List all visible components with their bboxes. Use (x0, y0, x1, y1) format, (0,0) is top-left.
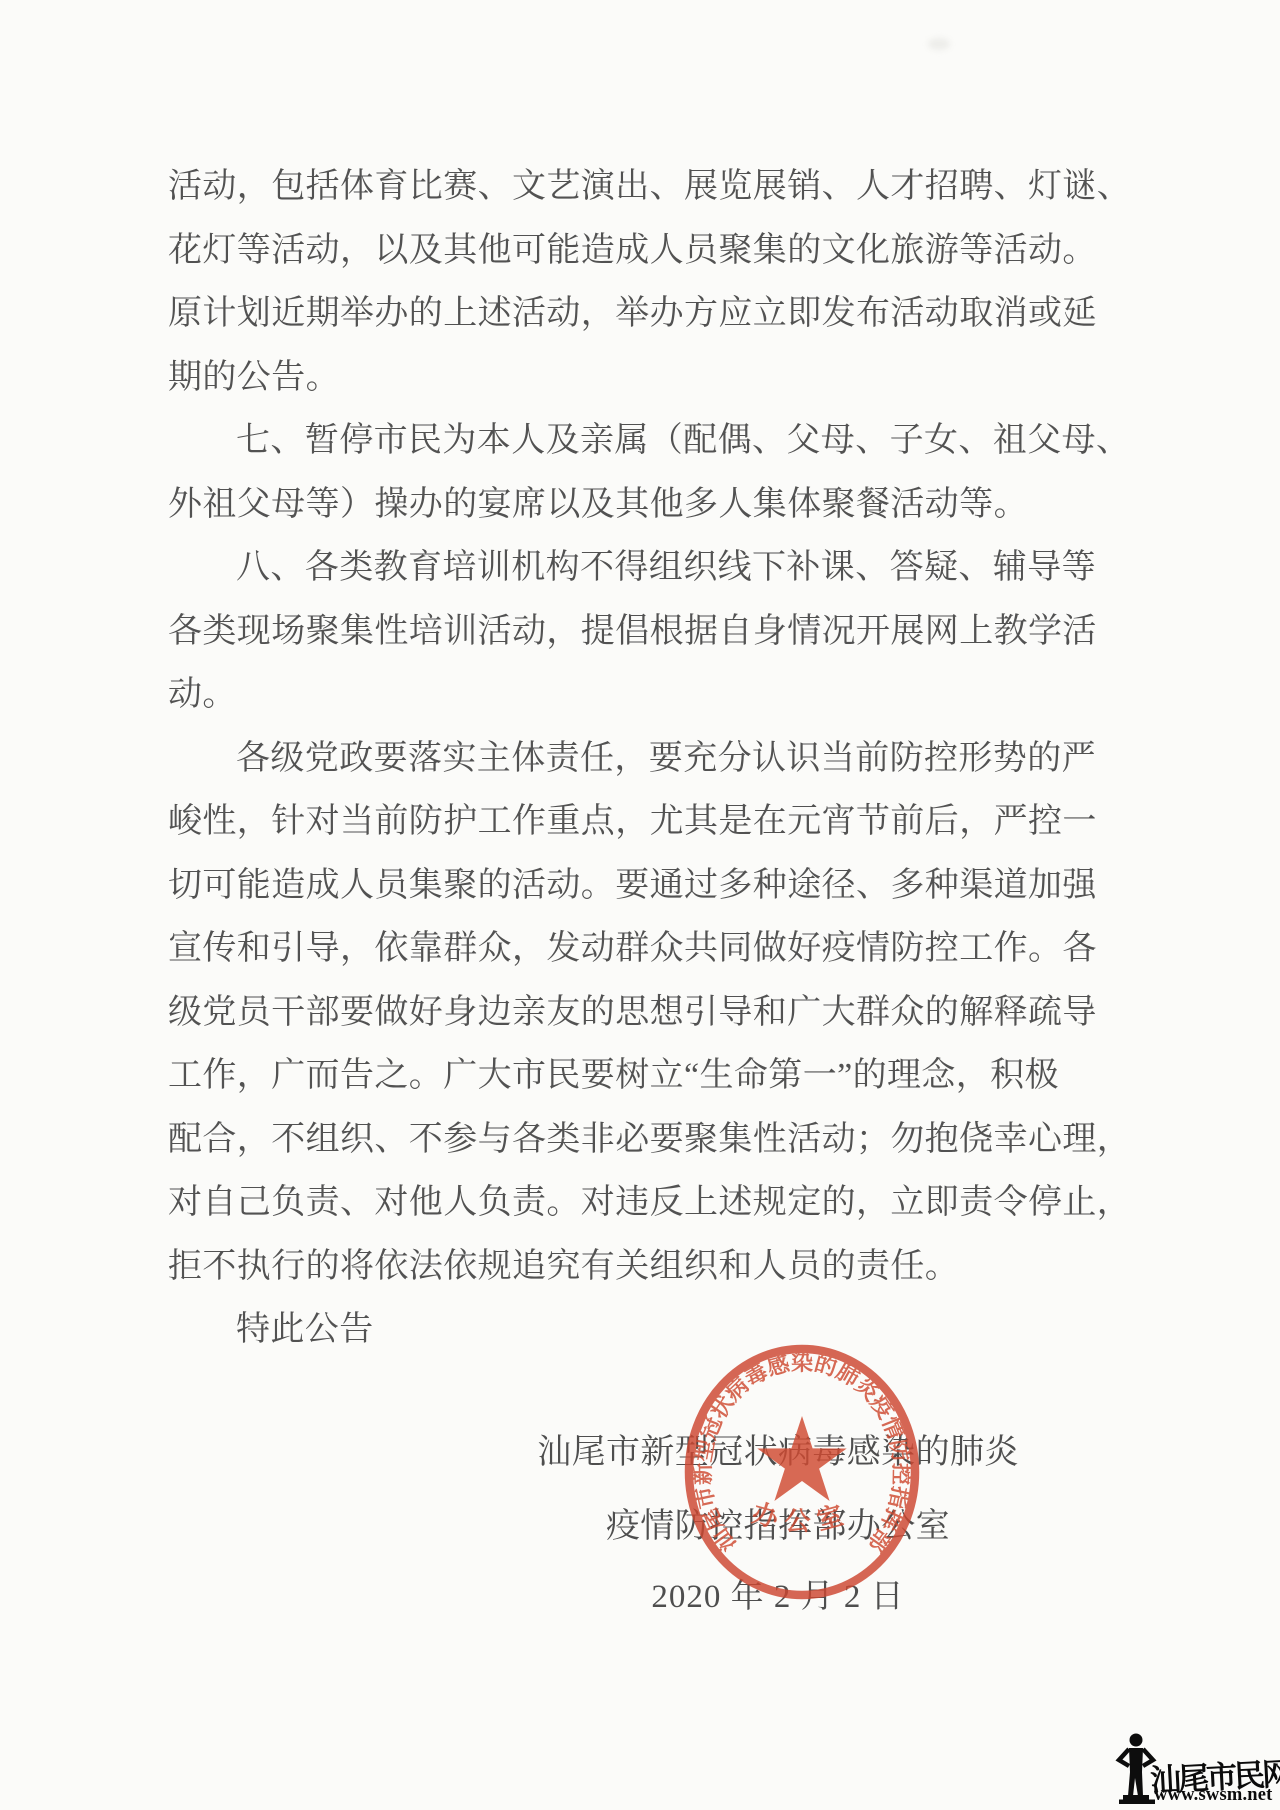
body-line-16: 配合，不组织、不参与各类非必要聚集性活动；勿抱侥幸心理， (168, 1108, 1158, 1172)
body-line-6: 外祖父母等）操办的宴席以及其他多人集体聚餐活动等。 (168, 473, 1158, 537)
watermark-site-url: www.swsm.net (1154, 1785, 1280, 1806)
signature-org-line1: 汕尾市新型冠状病毒感染的肺炎 (418, 1424, 1138, 1473)
body-line-17: 对自己负责、对他人负责。对违反上述规定的，立即责令停止， (168, 1171, 1158, 1235)
site-watermark: 汕尾市民网 www.swsm.net (1112, 1730, 1280, 1808)
body-line-8: 各类现场聚集性培训活动，提倡根据自身情况开展网上教学活 (168, 600, 1158, 664)
body-line-7: 八、各类教育培训机构不得组织线下补课、答疑、辅导等 (168, 536, 1158, 600)
signature-date: 2020 年 2 月 2 日 (418, 1570, 1138, 1617)
body-line-14: 级党员干部要做好身边亲友的思想引导和广大群众的解释疏导 (168, 981, 1158, 1045)
body-line-12: 切可能造成人员集聚的活动。要通过多种途径、多种渠道加强 (168, 854, 1158, 918)
signature-org-line2: 疫情防控指挥部办公室 (418, 1498, 1138, 1547)
body-line-10: 各级党政要落实主体责任，要充分认识当前防控形势的严 (168, 727, 1158, 791)
scanned-announcement-page: 活动，包括体育比赛、文艺演出、展览展销、人才招聘、灯谜、 花灯等活动，以及其他可… (0, 0, 1280, 1810)
body-line-18: 拒不执行的将依法依规追究有关组织和人员的责任。 (168, 1235, 1158, 1299)
body-line-9: 动。 (168, 663, 1158, 727)
body-line-1: 活动，包括体育比赛、文艺演出、展览展销、人才招聘、灯谜、 (168, 155, 1158, 219)
body-line-19: 特此公告 (168, 1298, 1158, 1362)
body-line-3: 原计划近期举办的上述活动，举办方应立即发布活动取消或延 (168, 282, 1158, 346)
body-line-5: 七、暂停市民为本人及亲属（配偶、父母、子女、祖父母、 (168, 409, 1158, 473)
body-line-11: 峻性，针对当前防护工作重点，尤其是在元宵节前后，严控一 (168, 790, 1158, 854)
body-line-13: 宣传和引导，依靠群众，发动群众共同做好疫情防控工作。各 (168, 917, 1158, 981)
body-line-2: 花灯等活动，以及其他可能造成人员聚集的文化旅游等活动。 (168, 219, 1158, 283)
scan-artifact (928, 38, 950, 50)
body-line-15: 工作，广而告之。广大市民要树立“生命第一”的理念，积极 (168, 1044, 1158, 1108)
announcement-body: 活动，包括体育比赛、文艺演出、展览展销、人才招聘、灯谜、 花灯等活动，以及其他可… (168, 155, 1158, 1362)
body-line-4: 期的公告。 (168, 346, 1158, 410)
